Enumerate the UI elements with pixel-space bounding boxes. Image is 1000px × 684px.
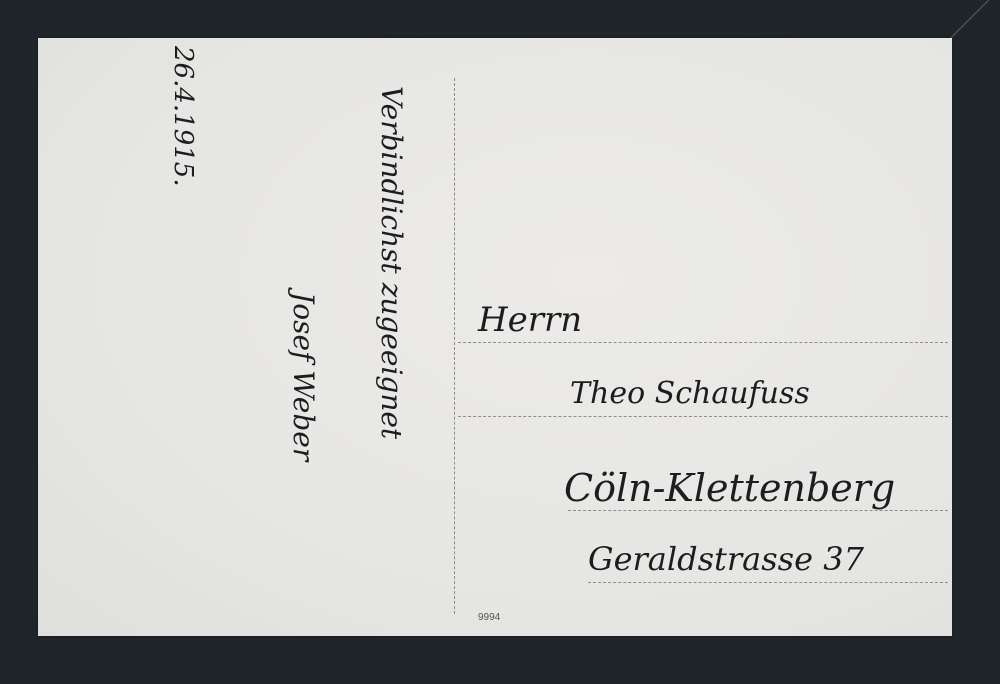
print-number: 9994: [478, 612, 500, 623]
signature-handwriting: Josef Weber: [287, 292, 320, 461]
address-line-4: [588, 582, 948, 583]
mat-crease: [950, 0, 1000, 39]
date-handwriting: 26.4.1915.: [168, 46, 198, 187]
postcard: 26.4.1915. Verbindlichst zugeeignet Jose…: [38, 38, 952, 636]
message-handwriting: Verbindlichst zugeeignet: [375, 86, 408, 439]
address-line-1: [458, 342, 948, 343]
address-line-2: [458, 416, 948, 417]
recipient-city: Cöln-Klettenberg: [564, 466, 895, 510]
recipient-street: Geraldstrasse 37: [588, 540, 864, 578]
address-line-3: [568, 510, 948, 511]
divider-line: [454, 78, 455, 614]
salutation-handwriting: Herrn: [478, 300, 582, 340]
recipient-name: Theo Schaufuss: [570, 376, 810, 411]
